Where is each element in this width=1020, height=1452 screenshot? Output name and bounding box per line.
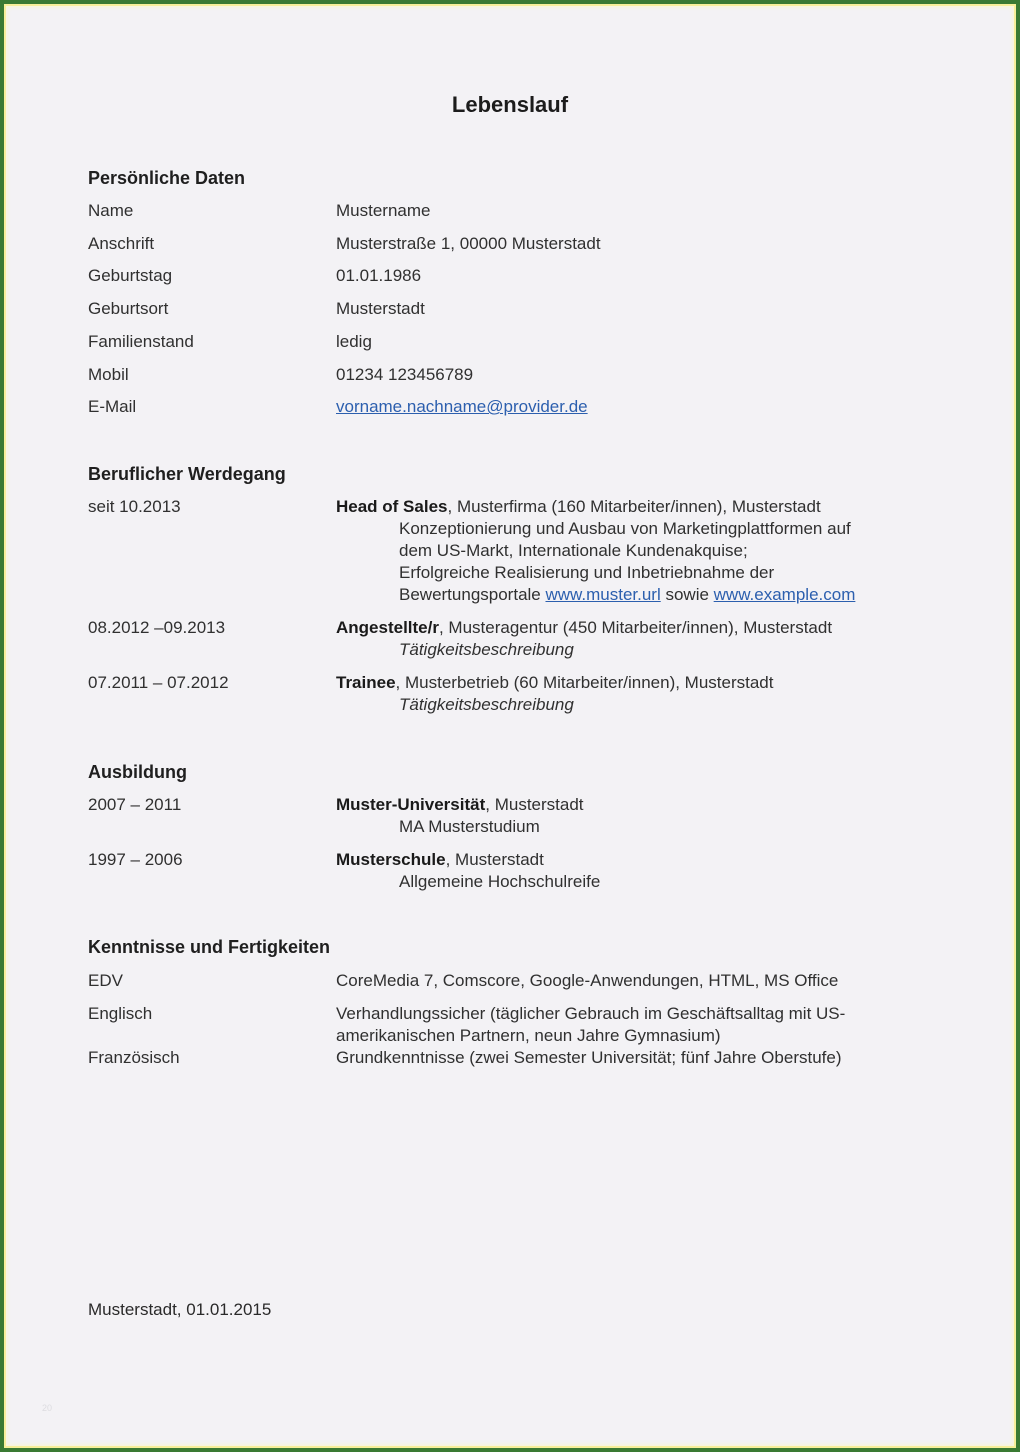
row-value: 01.01.1986 — [336, 265, 956, 287]
row-label: E-Mail — [88, 396, 136, 418]
section-heading-education: Ausbildung — [88, 762, 187, 783]
page-watermark: 20 — [42, 1403, 52, 1413]
section-heading-skills: Kenntnisse und Fertigkeiten — [88, 937, 330, 958]
career-role: Angestellte/r — [336, 618, 439, 637]
row-label: Englisch — [88, 1003, 152, 1025]
description-text: Bewertungsportale — [399, 585, 545, 604]
career-period: 07.2011 – 07.2012 — [88, 672, 229, 694]
row-value: ledig — [336, 331, 956, 353]
row-value: Musterstraße 1, 00000 Musterstadt — [336, 233, 956, 255]
row-value: Grundkenntnisse (zwei Semester Universit… — [336, 1047, 956, 1069]
career-period: seit 10.2013 — [88, 496, 181, 518]
description-text: sowie — [661, 585, 714, 604]
career-description-line: Bewertungsportale www.muster.url sowie w… — [336, 584, 956, 606]
education-description: MA Musterstudium — [336, 816, 956, 838]
row-value: CoreMedia 7, Comscore, Google-Anwendunge… — [336, 970, 956, 992]
career-description-line: Konzeptionierung und Ausbau von Marketin… — [336, 518, 956, 540]
career-period: 08.2012 –09.2013 — [88, 617, 225, 639]
section-heading-career: Beruflicher Werdegang — [88, 464, 286, 485]
section-heading-personal: Persönliche Daten — [88, 168, 245, 189]
education-institution: Musterschule — [336, 850, 446, 869]
career-details: , Musteragentur (450 Mitarbeiter/innen),… — [439, 618, 832, 637]
career-details: , Musterbetrieb (60 Mitarbeiter/innen), … — [396, 673, 774, 692]
row-label: Mobil — [88, 364, 129, 386]
row-label: Familienstand — [88, 331, 194, 353]
place-and-date: Musterstadt, 01.01.2015 — [88, 1300, 271, 1320]
row-label: Geburtsort — [88, 298, 168, 320]
education-institution: Muster-Universität — [336, 795, 485, 814]
row-value: Musterstadt — [336, 298, 956, 320]
row-label: Geburtstag — [88, 265, 172, 287]
row-value-line: Verhandlungssicher (täglicher Gebrauch i… — [336, 1003, 956, 1025]
career-description: Tätigkeitsbeschreibung — [336, 694, 956, 716]
row-value: 01234 123456789 — [336, 364, 956, 386]
career-details: , Musterfirma (160 Mitarbeiter/innen), M… — [448, 497, 821, 516]
career-role: Trainee — [336, 673, 396, 692]
career-description-line: Erfolgreiche Realisierung und Inbetriebn… — [336, 562, 956, 584]
education-period: 2007 – 2011 — [88, 794, 181, 816]
row-label: Anschrift — [88, 233, 154, 255]
education-description: Allgemeine Hochschulreife — [336, 871, 956, 893]
resume-page: Lebenslauf Persönliche Daten Name Muster… — [4, 4, 1016, 1448]
career-description-line: dem US-Markt, Internationale Kundenakqui… — [336, 540, 956, 562]
row-label: Französisch — [88, 1047, 180, 1069]
row-label: EDV — [88, 970, 123, 992]
career-role: Head of Sales — [336, 497, 448, 516]
muster-url-link[interactable]: www.muster.url — [545, 585, 660, 604]
education-period: 1997 – 2006 — [88, 849, 183, 871]
education-details: , Musterstadt — [485, 795, 583, 814]
email-link[interactable]: vorname.nachname@provider.de — [336, 397, 588, 416]
row-label: Name — [88, 200, 133, 222]
document-title: Lebenslauf — [4, 92, 1016, 118]
row-value-line: amerikanischen Partnern, neun Jahre Gymn… — [336, 1025, 956, 1047]
row-value: Mustername — [336, 200, 956, 222]
example-com-link[interactable]: www.example.com — [714, 585, 856, 604]
career-description: Tätigkeitsbeschreibung — [336, 639, 956, 661]
education-details: , Musterstadt — [446, 850, 544, 869]
